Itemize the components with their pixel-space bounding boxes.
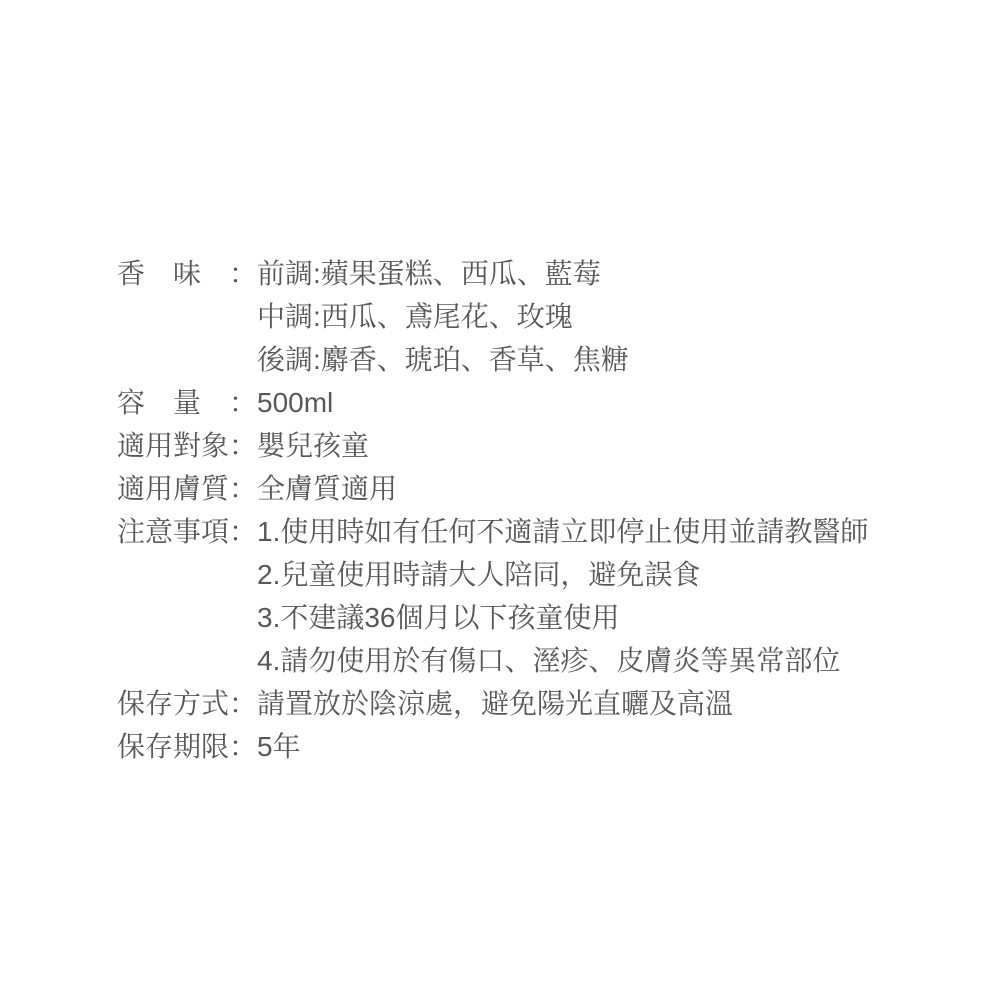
spec-label-volume: 容量： [117,381,257,424]
spec-value-line: 5年 [257,725,868,768]
label-colon: ： [229,473,257,504]
spec-value-scent: 前調:蘋果蛋糕、西瓜、藍莓 中調:西瓜、鳶尾花、玫瑰 後調:麝香、琥珀、香草、焦… [257,252,868,381]
spec-label-shelf-life: 保存期限： [117,725,257,768]
spec-value-shelf-life: 5年 [257,725,868,768]
spec-value-target-users: 嬰兒孩童 [257,424,868,467]
spec-value-line-base-notes: 後調:麝香、琥珀、香草、焦糖 [257,338,868,381]
spec-label-skin-type: 適用膚質： [117,467,257,510]
spec-label-text: 香味 [117,258,229,289]
spec-row-skin-type: 適用膚質： 全膚質適用 [117,467,868,510]
spec-value-line-precaution-1: 1.使用時如有任何不適請立即停止使用並請教醫師 [257,510,868,553]
spec-label-precautions: 注意事項： [117,510,257,553]
spec-row-scent: 香味： 前調:蘋果蛋糕、西瓜、藍莓 中調:西瓜、鳶尾花、玫瑰 後調:麝香、琥珀、… [117,252,868,381]
spec-label-scent: 香味： [117,252,257,295]
spec-value-volume: 500ml [257,381,868,424]
spec-row-target-users: 適用對象： 嬰兒孩童 [117,424,868,467]
spec-label-text: 適用膚質 [117,473,229,504]
spec-value-line: 請置放於陰涼處，避免陽光直曬及高溫 [257,682,868,725]
spec-label-target-users: 適用對象： [117,424,257,467]
label-colon: ： [229,258,257,289]
spec-value-skin-type: 全膚質適用 [257,467,868,510]
spec-label-text: 注意事項 [117,516,229,547]
spec-value-line-middle-notes: 中調:西瓜、鳶尾花、玫瑰 [257,295,868,338]
spec-row-precautions: 注意事項： 1.使用時如有任何不適請立即停止使用並請教醫師 2.兒童使用時請大人… [117,510,868,682]
label-colon: ： [229,731,257,762]
spec-value-line-top-notes: 前調:蘋果蛋糕、西瓜、藍莓 [257,252,868,295]
spec-value-line-precaution-4: 4.請勿使用於有傷口、溼疹、皮膚炎等異常部位 [257,639,868,682]
product-spec-sheet: 香味： 前調:蘋果蛋糕、西瓜、藍莓 中調:西瓜、鳶尾花、玫瑰 後調:麝香、琥珀、… [117,252,868,768]
spec-value-line: 全膚質適用 [257,467,868,510]
spec-value-line: 500ml [257,381,868,424]
spec-label-text: 容量 [117,387,229,418]
spec-value-line-precaution-3: 3.不建議36個月以下孩童使用 [257,596,868,639]
label-colon: ： [229,430,257,461]
label-colon: ： [229,387,257,418]
spec-row-shelf-life: 保存期限： 5年 [117,725,868,768]
spec-label-storage-method: 保存方式： [117,682,257,725]
spec-value-storage-method: 請置放於陰涼處，避免陽光直曬及高溫 [257,682,868,725]
spec-label-text: 保存方式 [117,688,229,719]
spec-label-text: 保存期限 [117,731,229,762]
spec-row-storage-method: 保存方式： 請置放於陰涼處，避免陽光直曬及高溫 [117,682,868,725]
spec-value-line: 嬰兒孩童 [257,424,868,467]
spec-row-volume: 容量： 500ml [117,381,868,424]
spec-value-line-precaution-2: 2.兒童使用時請大人陪同，避免誤食 [257,553,868,596]
spec-value-precautions: 1.使用時如有任何不適請立即停止使用並請教醫師 2.兒童使用時請大人陪同，避免誤… [257,510,868,682]
label-colon: ： [229,688,257,719]
label-colon: ： [229,516,257,547]
spec-label-text: 適用對象 [117,430,229,461]
